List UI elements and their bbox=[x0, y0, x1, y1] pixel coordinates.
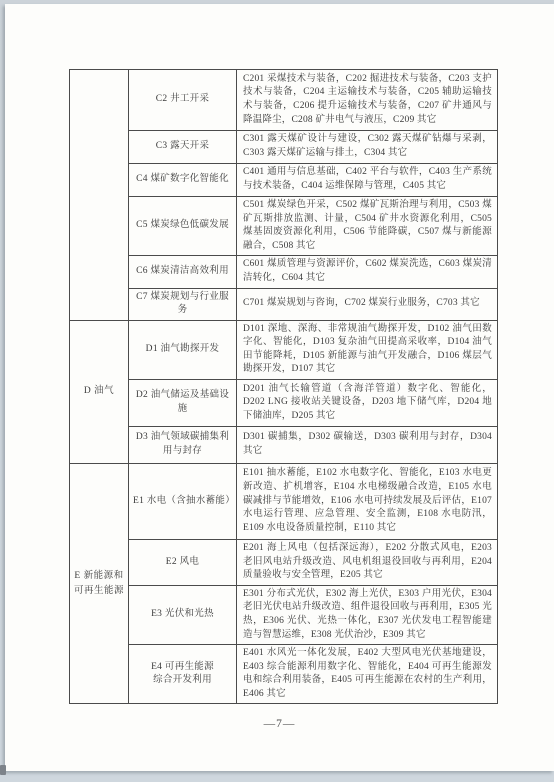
table-row: C7 煤炭规划与行业服 务 C701 煤炭规划与咨询，C702 煤炭行业服务，C… bbox=[70, 288, 498, 320]
table-row: E 新能源和 可再生能源 E1 水电（含抽水蓄能） E101 抽水蓄能，E102… bbox=[70, 463, 498, 539]
scan-background: C2 井工开采 C201 采煤技术与装备，C202 掘进技术与装备，C203 支… bbox=[0, 0, 554, 782]
description-cell: C501 煤炭绿色开采，C502 煤矿瓦斯治理与利用，C503 煤矿瓦斯排放监测… bbox=[237, 197, 498, 256]
table-row: E3 光伏和光热 E301 分布式光伏，E302 海上光伏，E303 户用光伏，… bbox=[70, 585, 498, 644]
table-row: D3 油气领域碳捕集利 用与封存 D301 碳捕集，D302 碳输送，D303 … bbox=[70, 426, 498, 463]
table-row: D2 油气储运及基础设 施 D201 油气长输管道（含海洋管道）数字化、智能化，… bbox=[70, 379, 498, 426]
description-cell: E201 海上风电（包括深远海），E202 分散式风电，E203 老旧风电站升级… bbox=[237, 539, 498, 585]
description-cell: C401 通用与信息基础，C402 平台与软件，C403 生产系统与技术装备，C… bbox=[237, 164, 498, 197]
subcategory-cell: C4 煤矿数字化智能化 bbox=[129, 164, 237, 197]
subcategory-cell: D1 油气勘探开发 bbox=[129, 320, 237, 379]
description-cell: C601 煤质管理与资源评价，C602 煤炭洗选，C603 煤炭清洁转化，C60… bbox=[237, 256, 498, 288]
table-row: D 油气 D1 油气勘探开发 D101 深地、深海、非常规油气勘探开发，D102… bbox=[70, 320, 498, 379]
description-cell: E401 水风光一体化发展，E402 大型风电光伏基地建设，E403 综合能源利… bbox=[237, 645, 498, 704]
subcategory-cell: C2 井工开采 bbox=[129, 70, 237, 131]
subcategory-cell: C3 露天开采 bbox=[129, 131, 237, 164]
category-table: C2 井工开采 C201 采煤技术与装备，C202 掘进技术与装备，C203 支… bbox=[69, 69, 498, 704]
subcategory-cell: C6 煤炭清洁高效利用 bbox=[129, 256, 237, 288]
description-cell: C201 采煤技术与装备，C202 掘进技术与装备，C203 支护技术与装备，C… bbox=[237, 70, 498, 131]
subcategory-cell: C7 煤炭规划与行业服 务 bbox=[129, 288, 237, 320]
table-row: E2 风电 E201 海上风电（包括深远海），E202 分散式风电，E203 老… bbox=[70, 539, 498, 585]
subcategory-cell: E4 可再生能源 综合开发利用 bbox=[129, 645, 237, 704]
category-cell-renewables: E 新能源和 可再生能源 bbox=[70, 463, 129, 704]
scan-smudge bbox=[0, 765, 6, 775]
table-row: C3 露天开采 C301 露天煤矿设计与建设，C302 露天煤矿钻爆与采剥，C3… bbox=[70, 131, 498, 164]
subcategory-cell: E3 光伏和光热 bbox=[129, 585, 237, 644]
table-row: C5 煤炭绿色低碳发展 C501 煤炭绿色开采，C502 煤矿瓦斯治理与利用，C… bbox=[70, 197, 498, 256]
subcategory-cell: E1 水电（含抽水蓄能） bbox=[129, 463, 237, 539]
description-cell: E101 抽水蓄能，E102 水电数字化、智能化，E103 水电更新改造、扩机增… bbox=[237, 463, 498, 539]
description-cell: D301 碳捕集，D302 碳输送，D303 碳利用与封存，D304 其它 bbox=[237, 426, 498, 463]
table-row: C2 井工开采 C201 采煤技术与装备，C202 掘进技术与装备，C203 支… bbox=[70, 70, 498, 131]
subcategory-cell: D2 油气储运及基础设 施 bbox=[129, 379, 237, 426]
table-row: C6 煤炭清洁高效利用 C601 煤质管理与资源评价，C602 煤炭洗选，C60… bbox=[70, 256, 498, 288]
description-cell: C701 煤炭规划与咨询，C702 煤炭行业服务，C703 其它 bbox=[237, 288, 498, 320]
subcategory-cell: E2 风电 bbox=[129, 539, 237, 585]
table-row: C4 煤矿数字化智能化 C401 通用与信息基础，C402 平台与软件，C403… bbox=[70, 164, 498, 197]
subcategory-cell: C5 煤炭绿色低碳发展 bbox=[129, 197, 237, 256]
description-cell: D201 油气长输管道（含海洋管道）数字化、智能化，D202 LNG 接收站关键… bbox=[237, 379, 498, 426]
category-cell-oil-gas: D 油气 bbox=[70, 320, 129, 463]
table-row: E4 可再生能源 综合开发利用 E401 水风光一体化发展，E402 大型风电光… bbox=[70, 645, 498, 704]
description-cell: D101 深地、深海、非常规油气勘探开发，D102 油气田数字化、智能化，D10… bbox=[237, 320, 498, 379]
document-page: C2 井工开采 C201 采煤技术与装备，C202 掘进技术与装备，C203 支… bbox=[5, 4, 554, 771]
page-number: —7— bbox=[5, 718, 554, 730]
category-cell-coal bbox=[70, 70, 129, 321]
description-cell: E301 分布式光伏，E302 海上光伏，E303 户用光伏，E304 老旧光伏… bbox=[237, 585, 498, 644]
subcategory-cell: D3 油气领域碳捕集利 用与封存 bbox=[129, 426, 237, 463]
description-cell: C301 露天煤矿设计与建设，C302 露天煤矿钻爆与采剥，C303 露天煤矿运… bbox=[237, 131, 498, 164]
